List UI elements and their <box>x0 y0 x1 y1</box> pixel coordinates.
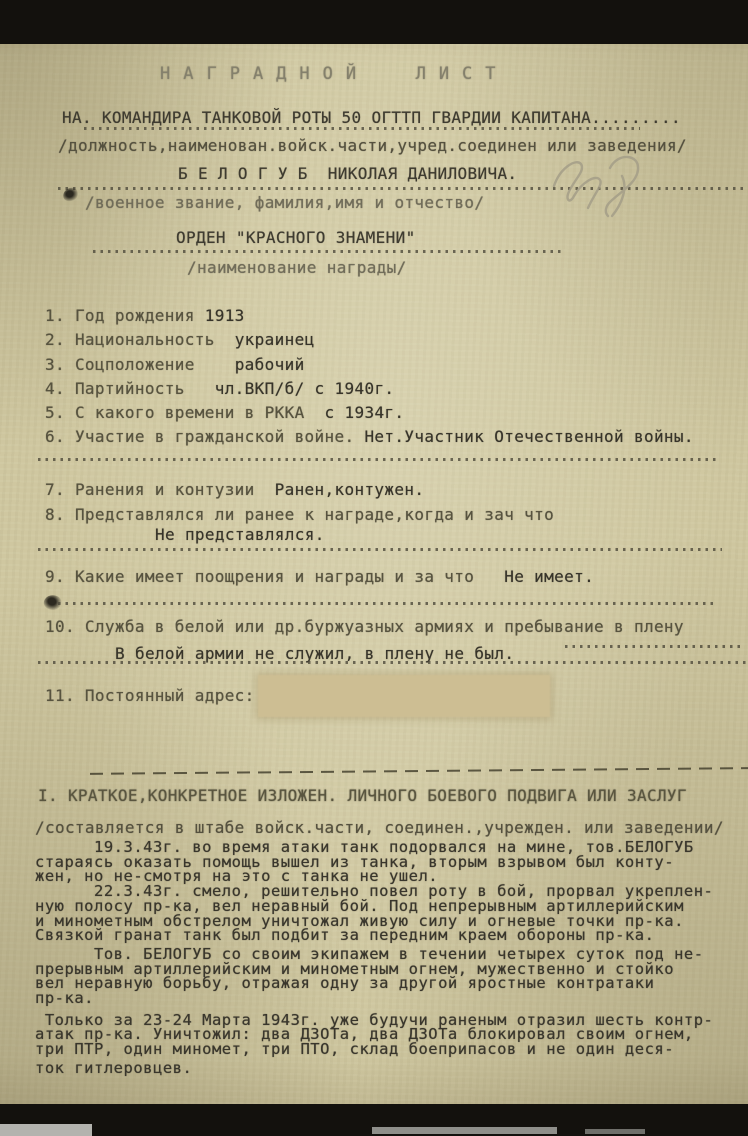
item-commendations: 9. Какие имеет поощрения и награды и за … <box>45 567 594 586</box>
item-label: 3. Соцположение <box>45 355 235 374</box>
item-civil-war-participation: 6. Участие в гражданской войне. Нет.Учас… <box>45 427 694 446</box>
dotted-rule <box>84 127 640 130</box>
item-rkka-service-since: 5. С какого времени в РККА с 1934г. <box>45 403 404 422</box>
item-label: 1. Год рождения <box>45 306 205 325</box>
item-wounds: 7. Ранения и контузии Ранен,контужен. <box>45 480 424 499</box>
document-scan: НАГРАДНОЙ ЛИСТ НА. КОМАНДИРА ТАНКОВОЙ РО… <box>0 0 748 1136</box>
item-label: 2. Национальность <box>45 330 235 349</box>
item-value: чл.ВКП/б/ с 1940г. <box>215 379 395 398</box>
item-year-of-birth: 1. Год рождения 1913 <box>45 306 245 325</box>
section-heading: I. КРАТКОЕ,КОНКРЕТНОЕ ИЗЛОЖЕН. ЛИЧНОГО Б… <box>38 786 687 805</box>
item-value: украинец <box>235 330 315 349</box>
item-value: Нет.Участник Отечественной войны. <box>364 427 693 446</box>
item-label: 10. Служба в белой или др.буржуазных арм… <box>45 617 684 636</box>
dotted-rule <box>38 458 720 461</box>
item-value: Ранен,контужен. <box>275 480 425 499</box>
section-caption: /составляется в штабе войск.части, соеди… <box>35 818 724 837</box>
scan-artifact <box>0 1124 92 1136</box>
document-title: НАГРАДНОЙ ЛИСТ <box>160 64 509 84</box>
dotted-rule <box>58 602 716 605</box>
citation-line: вел неравную борьбу, отражая одну за дру… <box>35 976 743 991</box>
item-value: Не имеет. <box>504 567 594 586</box>
scan-edge-top <box>0 0 748 44</box>
item-value: с 1934г. <box>325 403 405 422</box>
item-label: 11. Постоянный адрес: <box>45 686 255 705</box>
citation-line: ток гитлеровцев. <box>35 1061 743 1076</box>
item-nationality: 2. Национальность украинец <box>45 330 315 349</box>
recipient-position-line: НА. КОМАНДИРА ТАНКОВОЙ РОТЫ 50 ОГТТП ГВА… <box>62 108 681 127</box>
item-value: 1913 <box>205 306 245 325</box>
award-caption: /наименование награды/ <box>187 258 407 277</box>
item-permanent-address: 11. Постоянный адрес: <box>45 686 255 705</box>
dashed-separator <box>90 767 748 775</box>
item-party-membership: 4. Партийность чл.ВКП/б/ с 1940г. <box>45 379 394 398</box>
name-caption: /военное звание, фамилия,имя и отчество/ <box>85 193 484 212</box>
item-previous-awards-answer: Не представлялся. <box>155 525 325 544</box>
dotted-rule <box>565 645 743 648</box>
item-label: 7. Ранения и контузии <box>45 480 275 499</box>
item-previous-awards-question: 8. Представлялся ли ранее к награде,когд… <box>45 505 554 524</box>
citation-line: пр-ка. <box>35 991 743 1006</box>
item-value: рабочий <box>235 355 305 374</box>
item-label: 6. Участие в гражданской войне. <box>45 427 364 446</box>
item-label: 9. Какие имеет поощрения и награды и за … <box>45 567 504 586</box>
item-label: 8. Представлялся ли ранее к награде,когд… <box>45 505 554 524</box>
citation-body: 19.3.43г. во время атаки танк подорвался… <box>35 840 743 1076</box>
recipient-name-line: Б Е Л О Г У Б НИКОЛАЯ ДАНИЛОВИЧА. <box>178 164 517 183</box>
dotted-rule <box>38 548 722 551</box>
award-name-line: ОРДЕН "КРАСНОГО ЗНАМЕНИ" <box>176 228 416 247</box>
citation-line: Связкой гранат танк был подбит за передн… <box>35 928 743 943</box>
dotted-rule <box>38 661 748 664</box>
scan-artifact <box>585 1129 645 1134</box>
dotted-rule <box>93 250 565 253</box>
item-social-position: 3. Соцположение рабочий <box>45 355 305 374</box>
handwritten-pencil-mark <box>548 146 660 230</box>
redaction-block <box>258 675 550 717</box>
citation-line: три ПТР, один миномет, три ПТО, склад бо… <box>35 1042 743 1057</box>
item-label: 4. Партийность <box>45 379 215 398</box>
item-value: Не представлялся. <box>155 525 325 544</box>
item-white-army-service-question: 10. Служба в белой или др.буржуазных арм… <box>45 617 684 636</box>
item-label: 5. С какого времени в РККА <box>45 403 325 422</box>
scan-artifact <box>372 1127 557 1134</box>
